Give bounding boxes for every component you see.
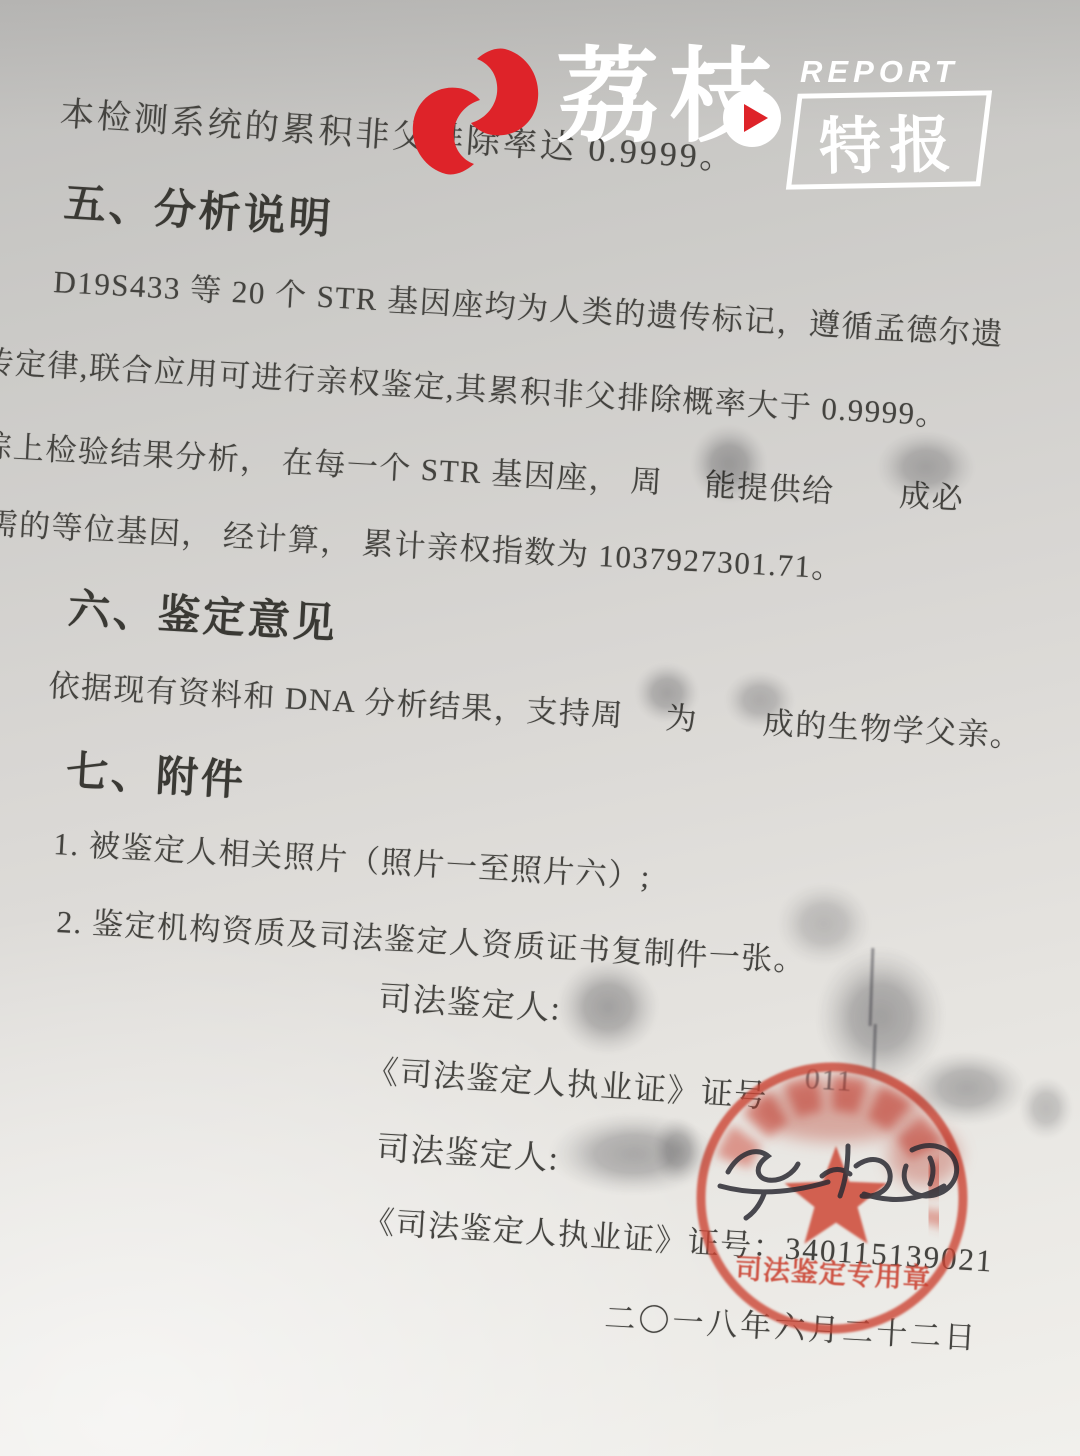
redaction-smudge [1018,1076,1074,1140]
analysis-line: 传定律,联合应用可进行亲权鉴定,其累积非父排除概率大于 0.9999。 [0,336,949,435]
opinion-line: 依据现有资料和 DNA 分析结果，支持周 为 成的生物学父亲。 [48,660,1024,756]
redaction-smudge [906,1050,1028,1126]
section-5-heading: 五、分析说明 [62,170,335,246]
lizhi-double-drop-icon [408,44,543,179]
analysis-line: D19S433 等 20 个 STR 基因座均为人类的遗传标记，遵循孟德尔遗 [52,256,1005,354]
examiner-label: 司法鉴定人: [377,972,563,1030]
redaction-smudge [876,430,976,504]
play-button-icon [723,89,781,147]
section-7-heading: 七、附件 [65,738,248,808]
attachment-item: 1. 被鉴定人相关照片（照片一至照片六）; [52,818,652,896]
examiner-label: 司法鉴定人: [375,1122,561,1180]
analysis-line: 需的等位基因， 经计算， 累计亲权指数为 1037927301.71。 [0,498,845,588]
redaction-smudge [556,958,660,1056]
section-6-heading: 六、鉴定意见 [67,576,340,651]
tag-box: 特报 [786,90,992,189]
redaction-smudge [690,424,768,504]
handwritten-signature [690,1128,980,1228]
report-label: REPORT [800,54,959,90]
redaction-smudge [634,662,700,724]
document-photo: 本检测系统的累积非父排除率达 0.9999。 五、分析说明 D19S433 等 … [0,0,1080,1456]
news-watermark: 荔枝 REPORT 特报 [408,36,1008,191]
analysis-line: 综上检验结果分析， 在每一个 STR 基因座， 周 能提供给 成必 [0,420,966,518]
tag-label: 特报 [818,94,960,185]
redaction-smudge [724,670,796,730]
play-triangle-icon [744,104,768,132]
attachment-item: 2. 鉴定机构资质及司法鉴定人资质证书复制件一张。 [56,896,808,980]
